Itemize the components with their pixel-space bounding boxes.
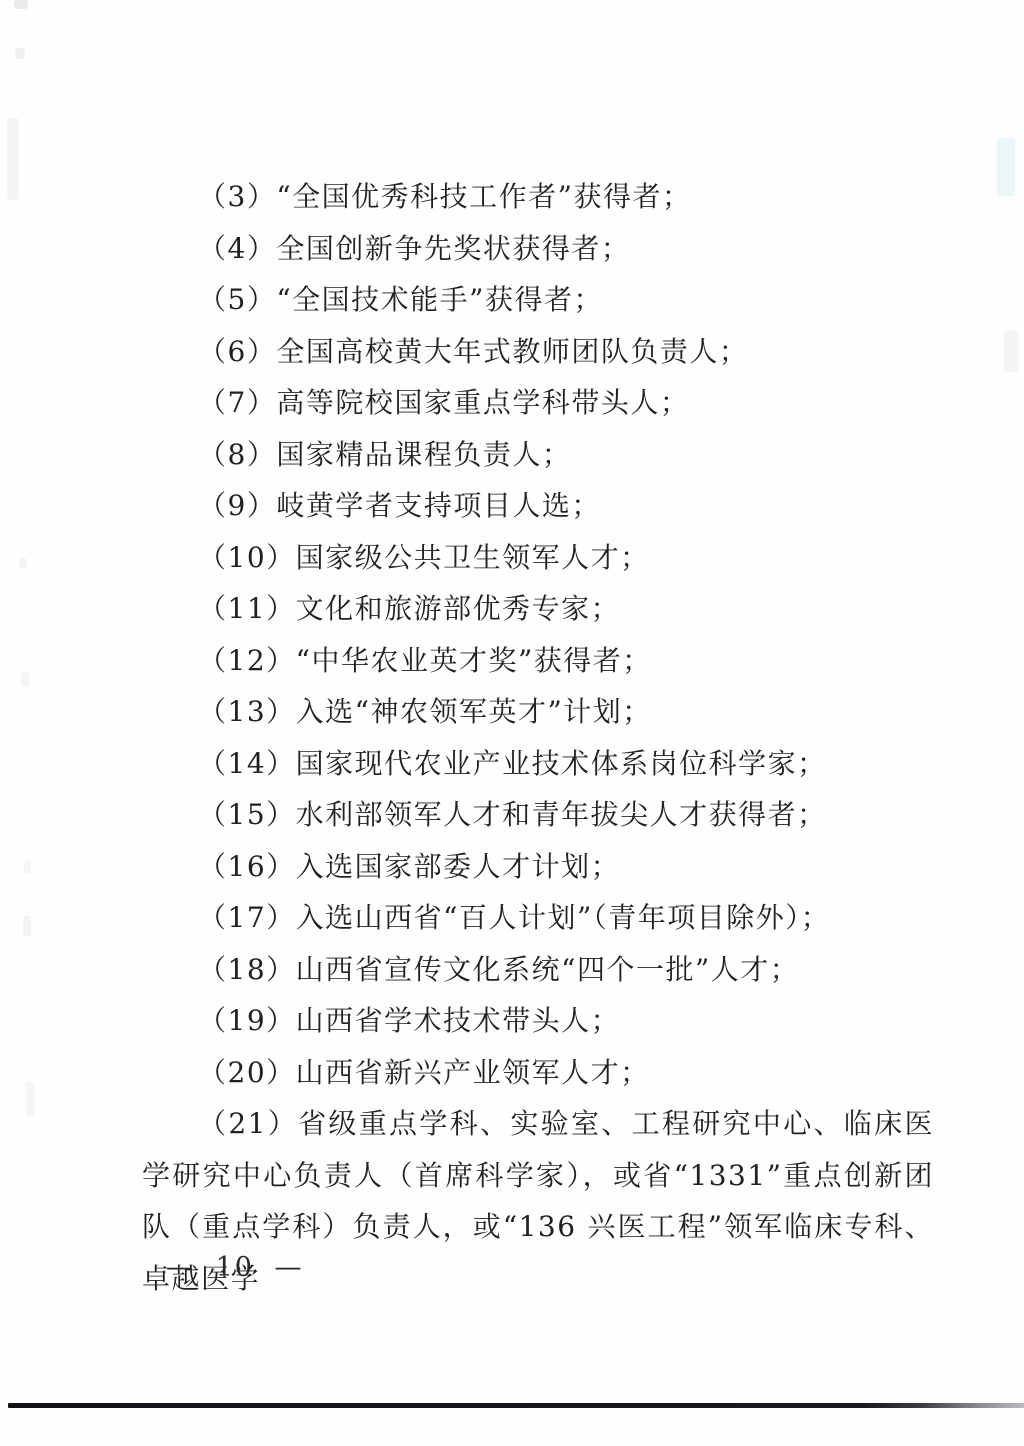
- list-item: （5）“全国技术能手”获得者；: [142, 274, 934, 326]
- list-item: （3）“全国优秀科技工作者”获得者；: [142, 171, 934, 223]
- list-item: （11）文化和旅游部优秀专家；: [142, 583, 934, 635]
- document-body: （3）“全国优秀科技工作者”获得者； （4）全国创新争先奖状获得者； （5）“全…: [142, 171, 934, 1304]
- scan-artifact: [23, 916, 31, 936]
- list-item: （17）入选山西省“百人计划”（青年项目除外）；: [142, 892, 934, 944]
- scan-artifact: [21, 672, 29, 687]
- scan-artifact: [7, 118, 19, 200]
- list-item: （20）山西省新兴产业领军人才；: [142, 1047, 934, 1099]
- list-item: （12）“中华农业英才奖”获得者；: [142, 635, 934, 687]
- list-item: （16）入选国家部委人才计划；: [142, 841, 934, 893]
- scan-artifact: [24, 860, 31, 874]
- list-item: （14）国家现代农业产业技术体系岗位科学家；: [142, 738, 934, 790]
- list-item: （10）国家级公共卫生领军人才；: [142, 532, 934, 584]
- list-item: （6）全国高校黄大年式教师团队负责人；: [142, 326, 934, 378]
- list-item: （18）山西省宣传文化系统“四个一批”人才；: [142, 944, 934, 996]
- list-item: （4）全国创新争先奖状获得者；: [142, 223, 934, 275]
- scan-artifact: [997, 138, 1015, 196]
- list-item: （19）山西省学术技术带头人；: [142, 995, 934, 1047]
- list-item: （13）入选“神农领军英才”计划；: [142, 686, 934, 738]
- list-item: （15）水利部领军人才和青年拔尖人才获得者；: [142, 789, 934, 841]
- page-number: — 10 —: [166, 1252, 304, 1283]
- scan-artifact: [19, 558, 27, 569]
- scan-edge-line: [8, 1403, 1024, 1408]
- list-item: （7）高等院校国家重点学科带头人；: [142, 377, 934, 429]
- scan-artifact: [26, 1082, 34, 1116]
- scan-artifact: [14, 0, 28, 9]
- list-item: （9）岐黄学者支持项目人选；: [142, 480, 934, 532]
- scan-artifact: [15, 48, 25, 59]
- list-item: （8）国家精品课程负责人；: [142, 429, 934, 481]
- scan-artifact: [1004, 330, 1018, 372]
- scanned-document-page: （3）“全国优秀科技工作者”获得者； （4）全国创新争先奖状获得者； （5）“全…: [0, 0, 1024, 1446]
